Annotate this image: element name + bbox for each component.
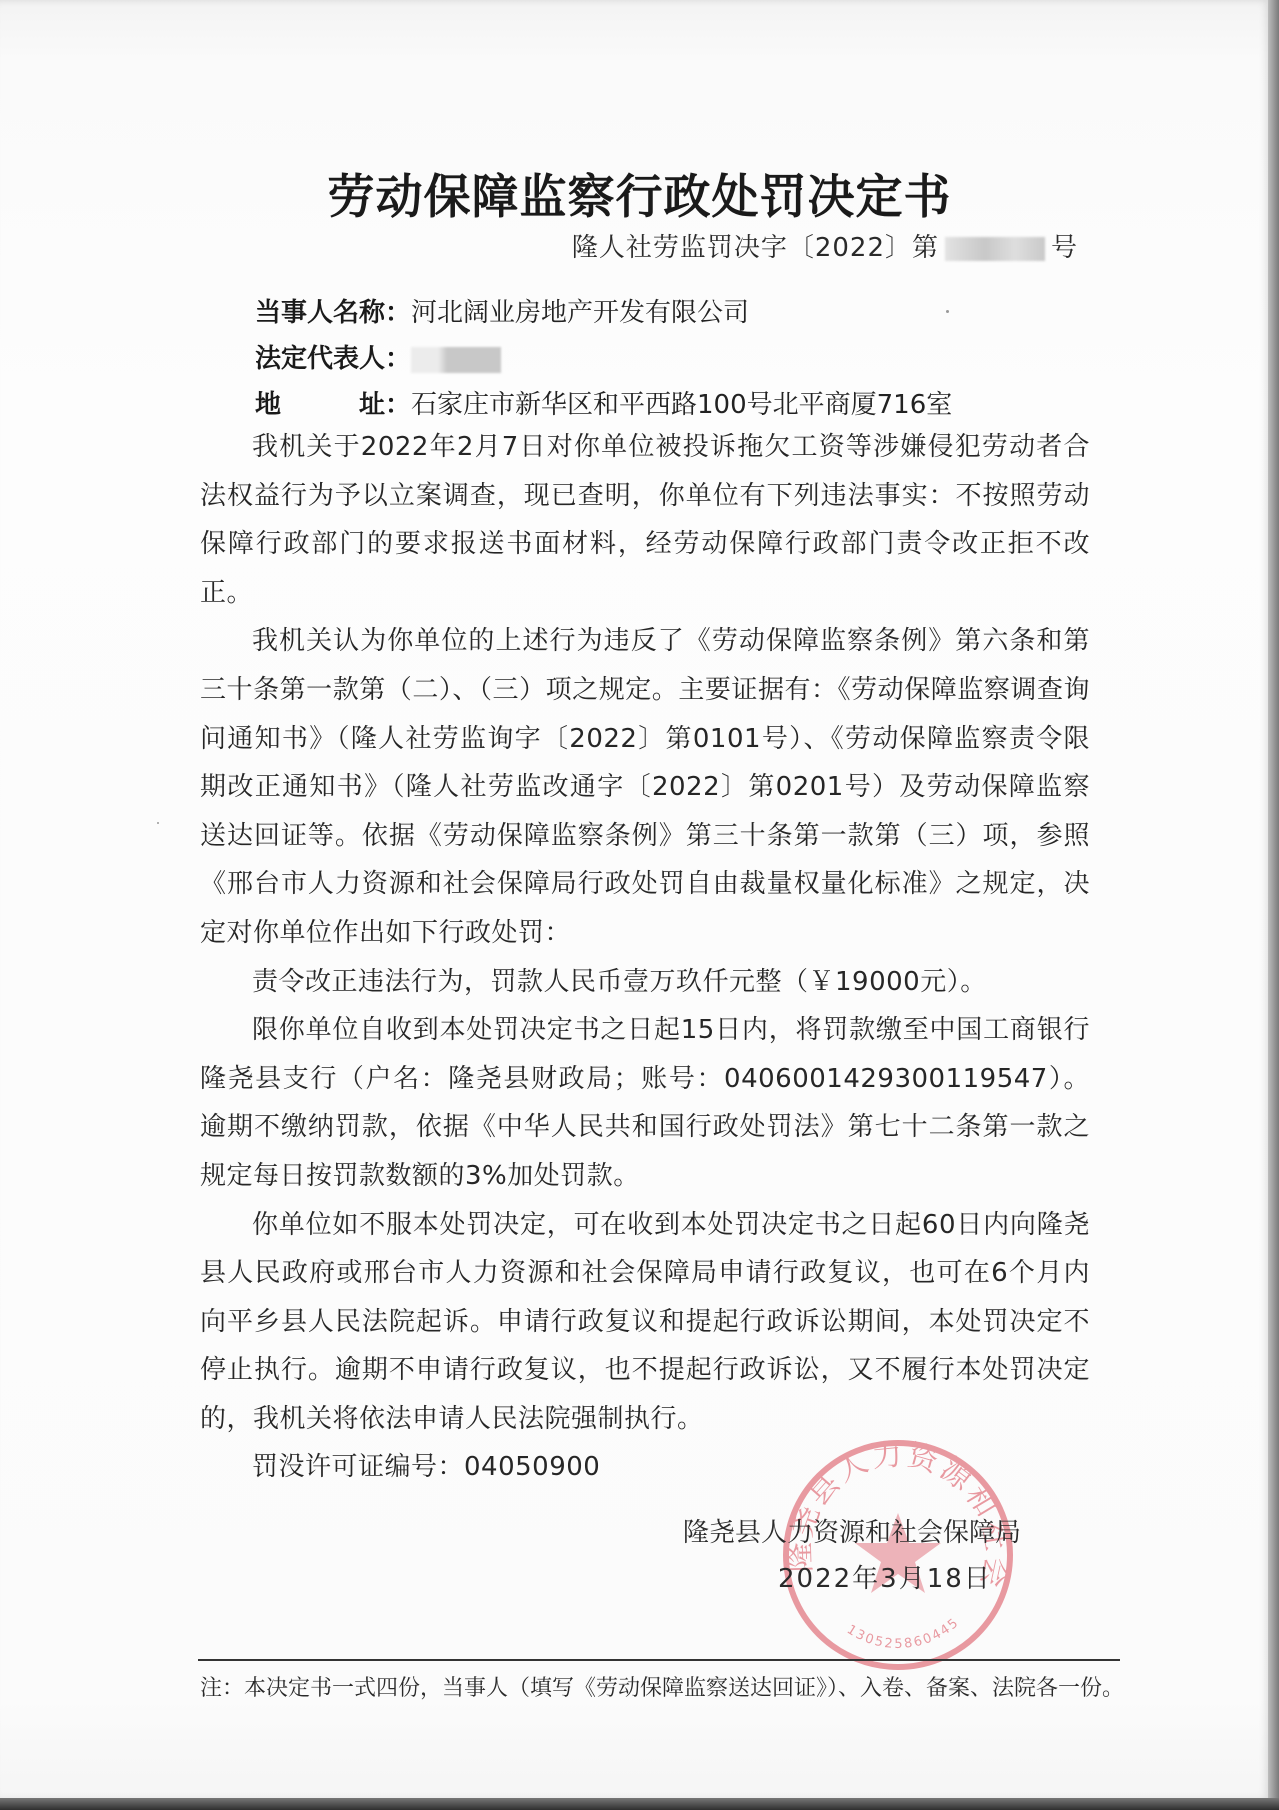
address-label: 地 址： xyxy=(255,390,411,420)
document-title: 劳动保障监察行政处罚决定书 xyxy=(0,160,1279,227)
decision-body: 我机关于2022年2月7日对你单位被投诉拖欠工资等涉嫌侵犯劳动者合法权益行为予以… xyxy=(200,423,1090,1492)
signature-block: 隆尧县人力资源和社会保障局 2022年3月18日 xyxy=(683,1510,1021,1602)
scan-edge-bottom xyxy=(0,1798,1279,1810)
appeal-paragraph: 你单位如不服本处罚决定，可在收到本处罚决定书之日起60日内向隆尧县人民政府或邢台… xyxy=(200,1201,1090,1444)
payment-paragraph: 限你单位自收到本处罚决定书之日起15日内，将罚款缴至中国工商银行隆尧县支行（户名… xyxy=(200,1006,1090,1200)
address-field: 地 址：石家庄市新华区和平西路100号北平商厦716室 xyxy=(255,384,952,421)
footnote-divider xyxy=(198,1659,1120,1661)
address-value: 石家庄市新华区和平西路100号北平商厦716室 xyxy=(411,390,952,420)
party-name-label: 当事人名称： xyxy=(255,298,411,328)
issue-date: 2022年3月18日 xyxy=(683,1556,1021,1602)
facts-paragraph: 我机关于2022年2月7日对你单位被投诉拖欠工资等涉嫌侵犯劳动者合法权益行为予以… xyxy=(200,423,1090,617)
penalty-paragraph: 责令改正违法行为，罚款人民币壹万玖仟元整（￥19000元）。 xyxy=(200,958,1090,1007)
doc-number-suffix: 号 xyxy=(1051,233,1078,263)
party-name-value: 河北阔业房地产开发有限公司 xyxy=(411,298,749,328)
scan-edge-right xyxy=(1268,0,1279,1810)
scan-speck xyxy=(946,310,949,313)
footnote: 注：本决定书一式四份，当事人（填写《劳动保障监察送达回证》）、入卷、备案、法院各… xyxy=(200,1668,1130,1710)
redacted-number xyxy=(945,237,1045,261)
document-number: 隆人社劳监罚决字〔2022〕第号 xyxy=(572,227,1078,264)
legal-rep-label: 法定代表人： xyxy=(255,344,411,374)
legal-rep-field: 法定代表人： xyxy=(255,338,501,375)
legal-basis-paragraph: 我机关认为你单位的上述行为违反了《劳动保障监察条例》第六条和第三十条第一款第（二… xyxy=(200,617,1090,957)
redacted-legal-rep xyxy=(411,347,501,373)
issuing-organization: 隆尧县人力资源和社会保障局 xyxy=(683,1510,1021,1556)
doc-number-prefix: 隆人社劳监罚决字〔2022〕第 xyxy=(572,233,939,263)
document-page: 劳动保障监察行政处罚决定书 隆人社劳监罚决字〔2022〕第号 当事人名称：河北阔… xyxy=(0,0,1272,1800)
party-name-field: 当事人名称：河北阔业房地产开发有限公司 xyxy=(255,292,749,329)
scan-speck xyxy=(157,822,159,824)
